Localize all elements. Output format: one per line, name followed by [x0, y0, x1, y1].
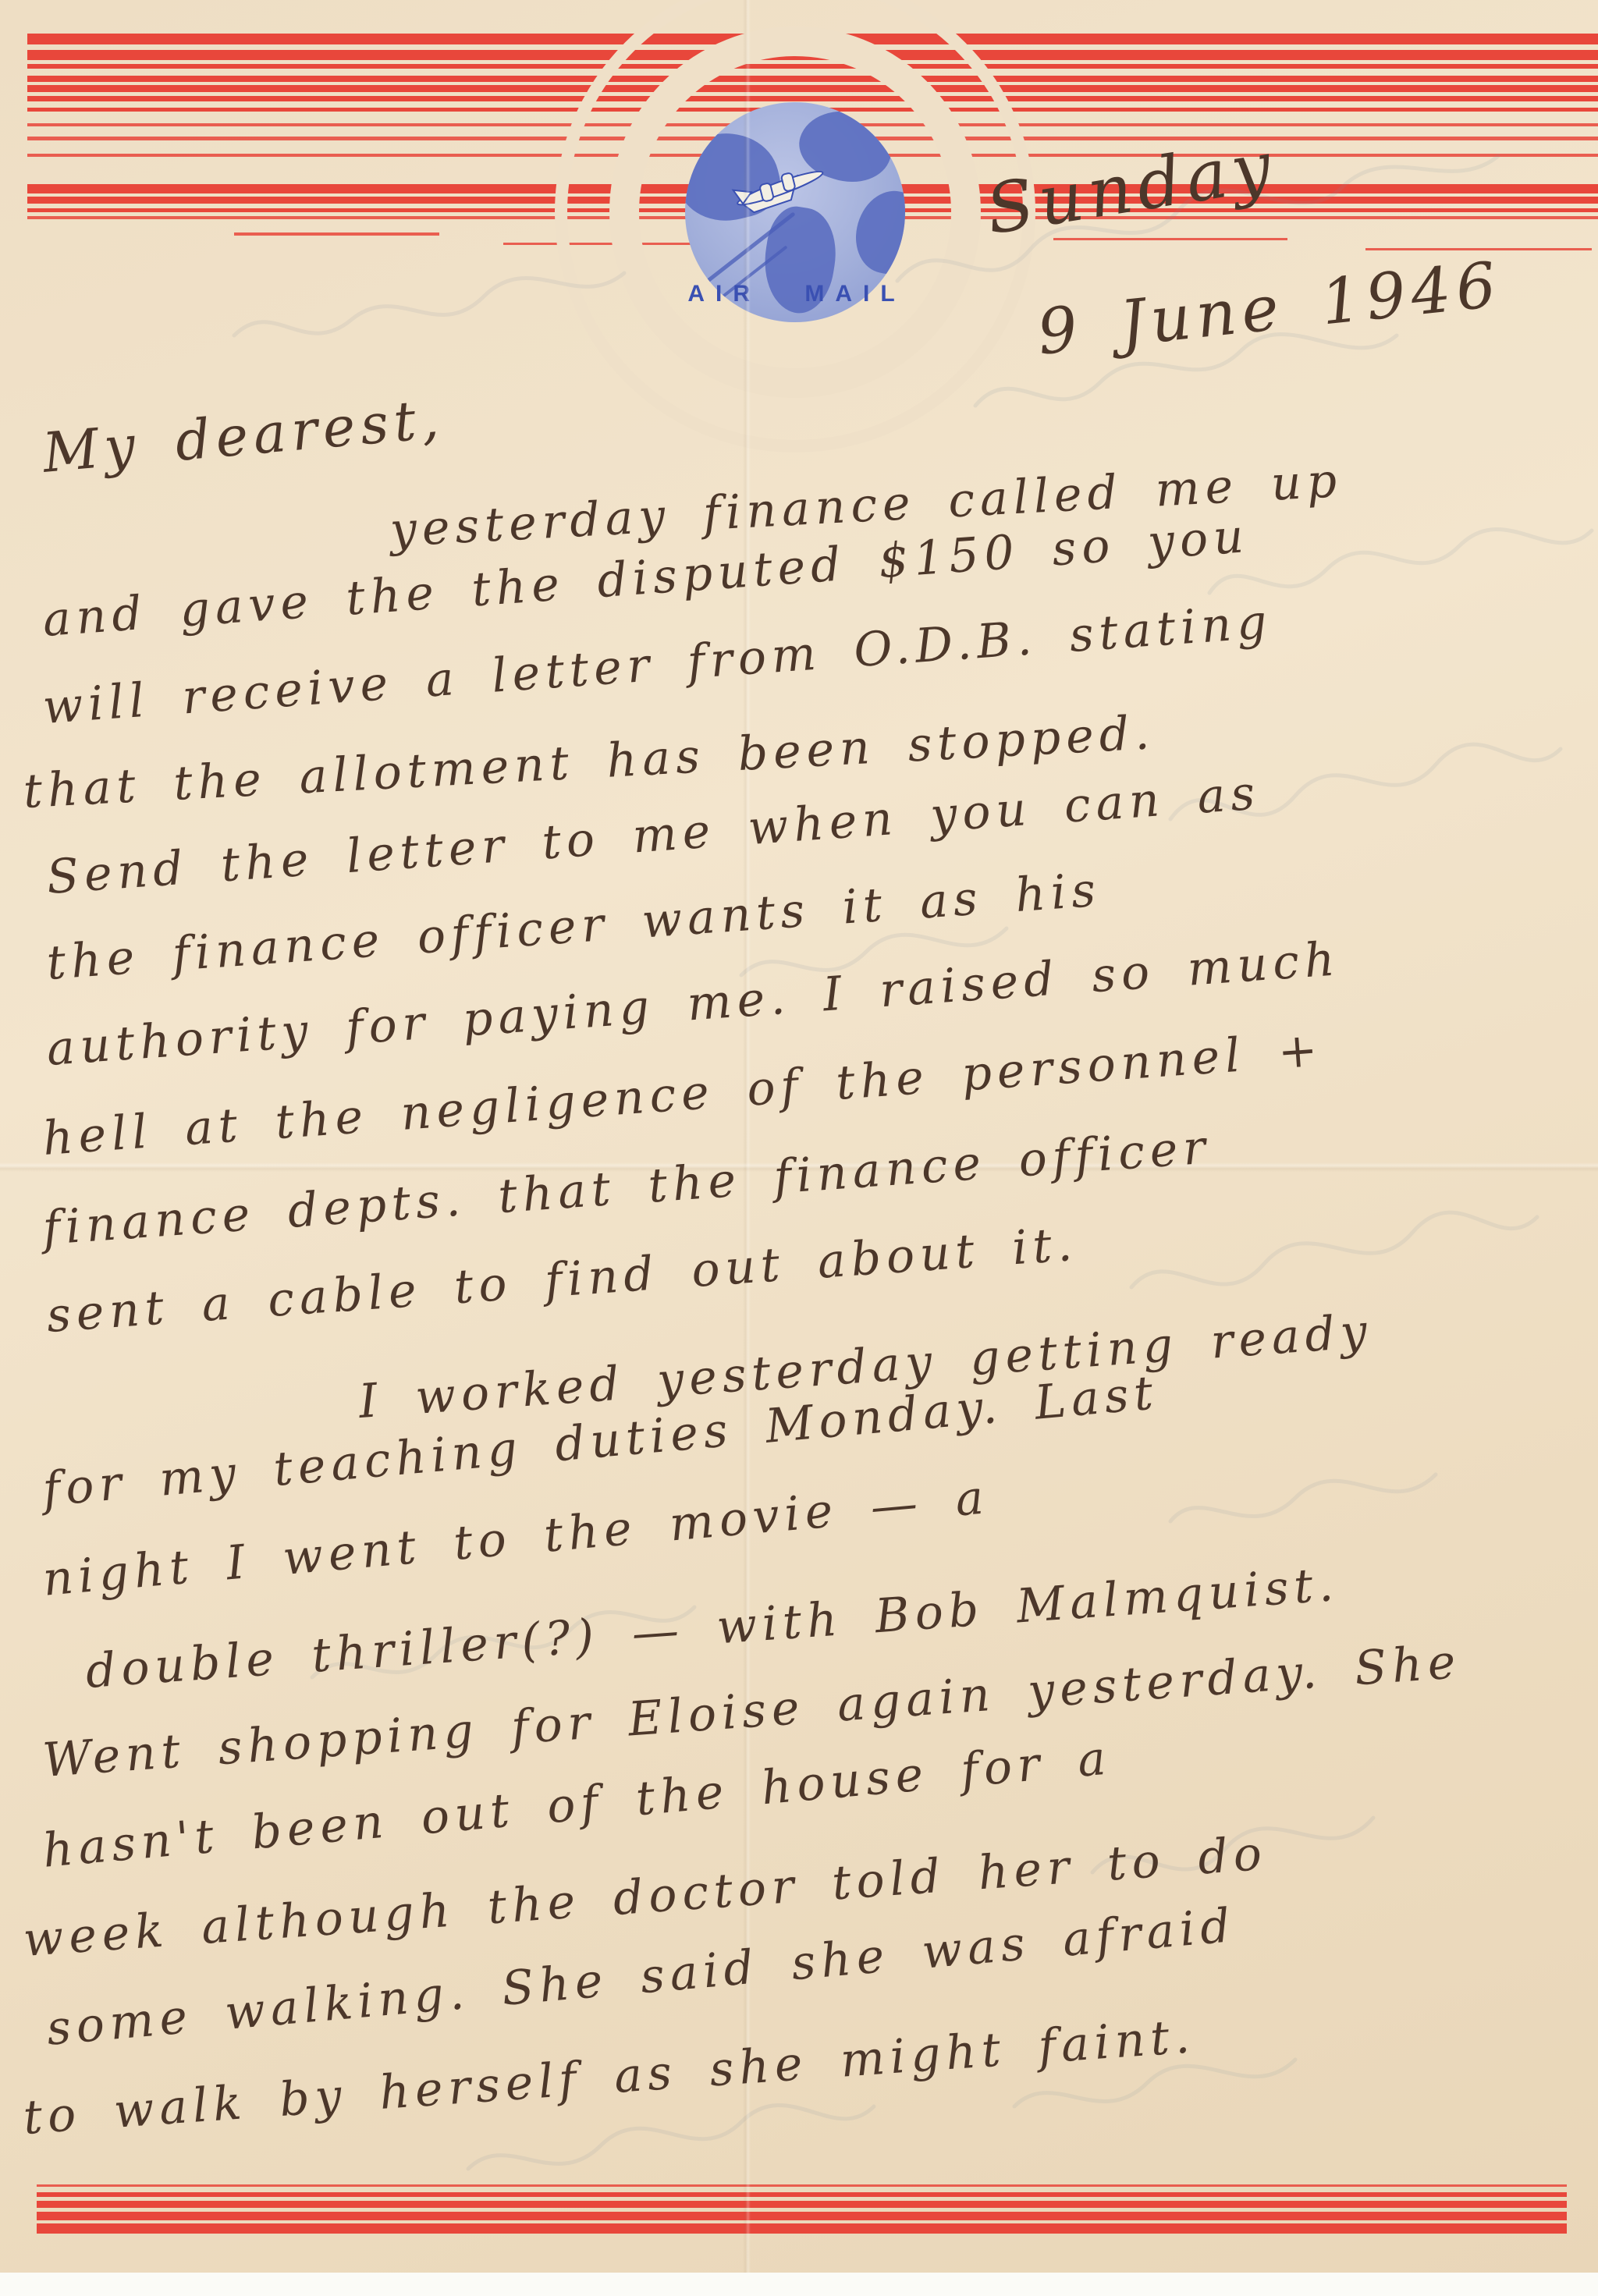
red-stripe-segment	[234, 232, 439, 236]
letter-page: { "letterhead": { "air_mail_label": "AIR…	[0, 0, 1598, 2296]
red-stripe	[37, 2184, 1567, 2187]
air-mail-label: AIR MAIL	[668, 281, 925, 307]
red-stripe	[37, 2223, 1567, 2234]
scan-edge	[0, 2273, 1598, 2296]
red-stripe	[37, 2201, 1567, 2208]
salutation-line: My dearest,	[40, 386, 446, 485]
date-full: 9 June 1946	[1034, 248, 1504, 369]
red-stripe	[37, 2212, 1567, 2220]
red-stripe-segment	[1053, 238, 1287, 240]
date-day: Sunday	[981, 125, 1282, 250]
red-stripe	[37, 2192, 1567, 2197]
